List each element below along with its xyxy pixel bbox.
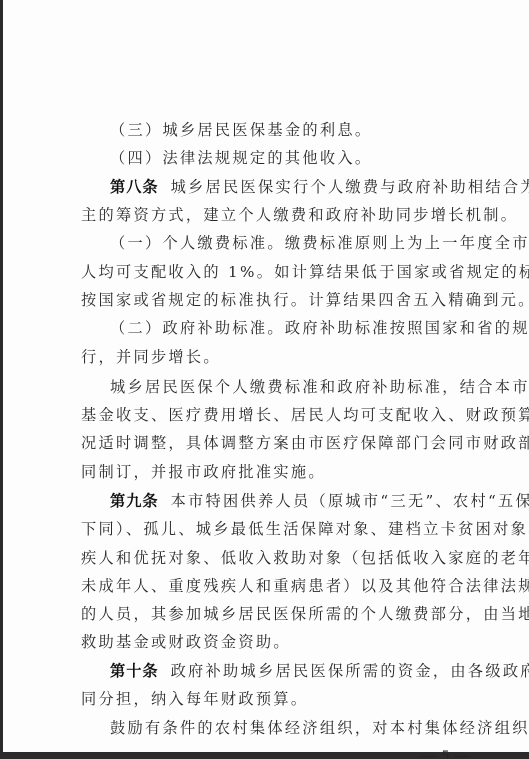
document-page: （三）城乡居民医保基金的利息。 （四）法律法规规定的其他收入。 第八条城乡居民医… — [3, 0, 529, 752]
text-line: 同制订，并报市政府批准实施。 — [81, 462, 473, 482]
text-line: 的人员，其参加城乡居民医保所需的个人缴费部分，由当地医疗 — [81, 604, 473, 624]
article-9-heading-line: 第九条本市特困供养人员（原城市“三无”、农村“五保”， — [110, 491, 473, 511]
text-line: 救助基金或财政资金资助。 — [81, 632, 473, 652]
text-line: 人均可支配收入的 1%。如计算结果低于国家或省规定的标准， — [81, 262, 473, 282]
article-label: 第九条 — [110, 492, 159, 510]
text-line: 鼓励有条件的农村集体经济组织，对本村集体经济组织成员 — [110, 718, 473, 738]
text-line: 按国家或省规定的标准执行。计算结果四舍五入精确到元。 — [81, 290, 473, 310]
text-line: 况适时调整，具体调整方案由市医疗保障部门会同市财政部门共 — [81, 433, 473, 453]
text-line: （四）法律法规规定的其他收入。 — [110, 148, 473, 168]
article-label: 第八条 — [110, 178, 159, 196]
text-line: 基金收支、医疗费用增长、居民人均可支配收入、财政预算等情 — [81, 405, 473, 425]
text-line: 同分担，纳入每年财政预算。 — [81, 689, 473, 709]
text-line: 主的筹资方式，建立个人缴费和政府补助同步增长机制。 — [81, 205, 473, 225]
text-line: 下同）、孤儿、城乡最低生活保障对象、建档立卡贫困对象、残 — [81, 519, 473, 539]
text-line: 疾人和优抚对象、低收入救助对象（包括低收入家庭的老年人、 — [81, 548, 473, 568]
article-8-heading-line: 第八条城乡居民医保实行个人缴费与政府补助相结合为 — [110, 177, 473, 197]
text-line: （二）政府补助标准。政府补助标准按照国家和省的规定执 — [110, 318, 473, 338]
page-number: — 5 — — [421, 748, 471, 759]
text-line: （三）城乡居民医保基金的利息。 — [110, 120, 473, 140]
text-line: （一）个人缴费标准。缴费标准原则上为上一年度全市居民 — [110, 233, 473, 253]
article-label: 第十条 — [110, 662, 159, 680]
text-line: 城乡居民医保个人缴费标准和政府补助标准，结合本市统筹 — [110, 377, 473, 397]
text-line: 未成年人、重度残疾人和重病患者）以及其他符合法律法规规定 — [81, 576, 473, 596]
article-10-heading-line: 第十条政府补助城乡居民医保所需的资金，由各级政府共 — [110, 661, 473, 681]
text-line: 行，并同步增长。 — [81, 347, 473, 367]
